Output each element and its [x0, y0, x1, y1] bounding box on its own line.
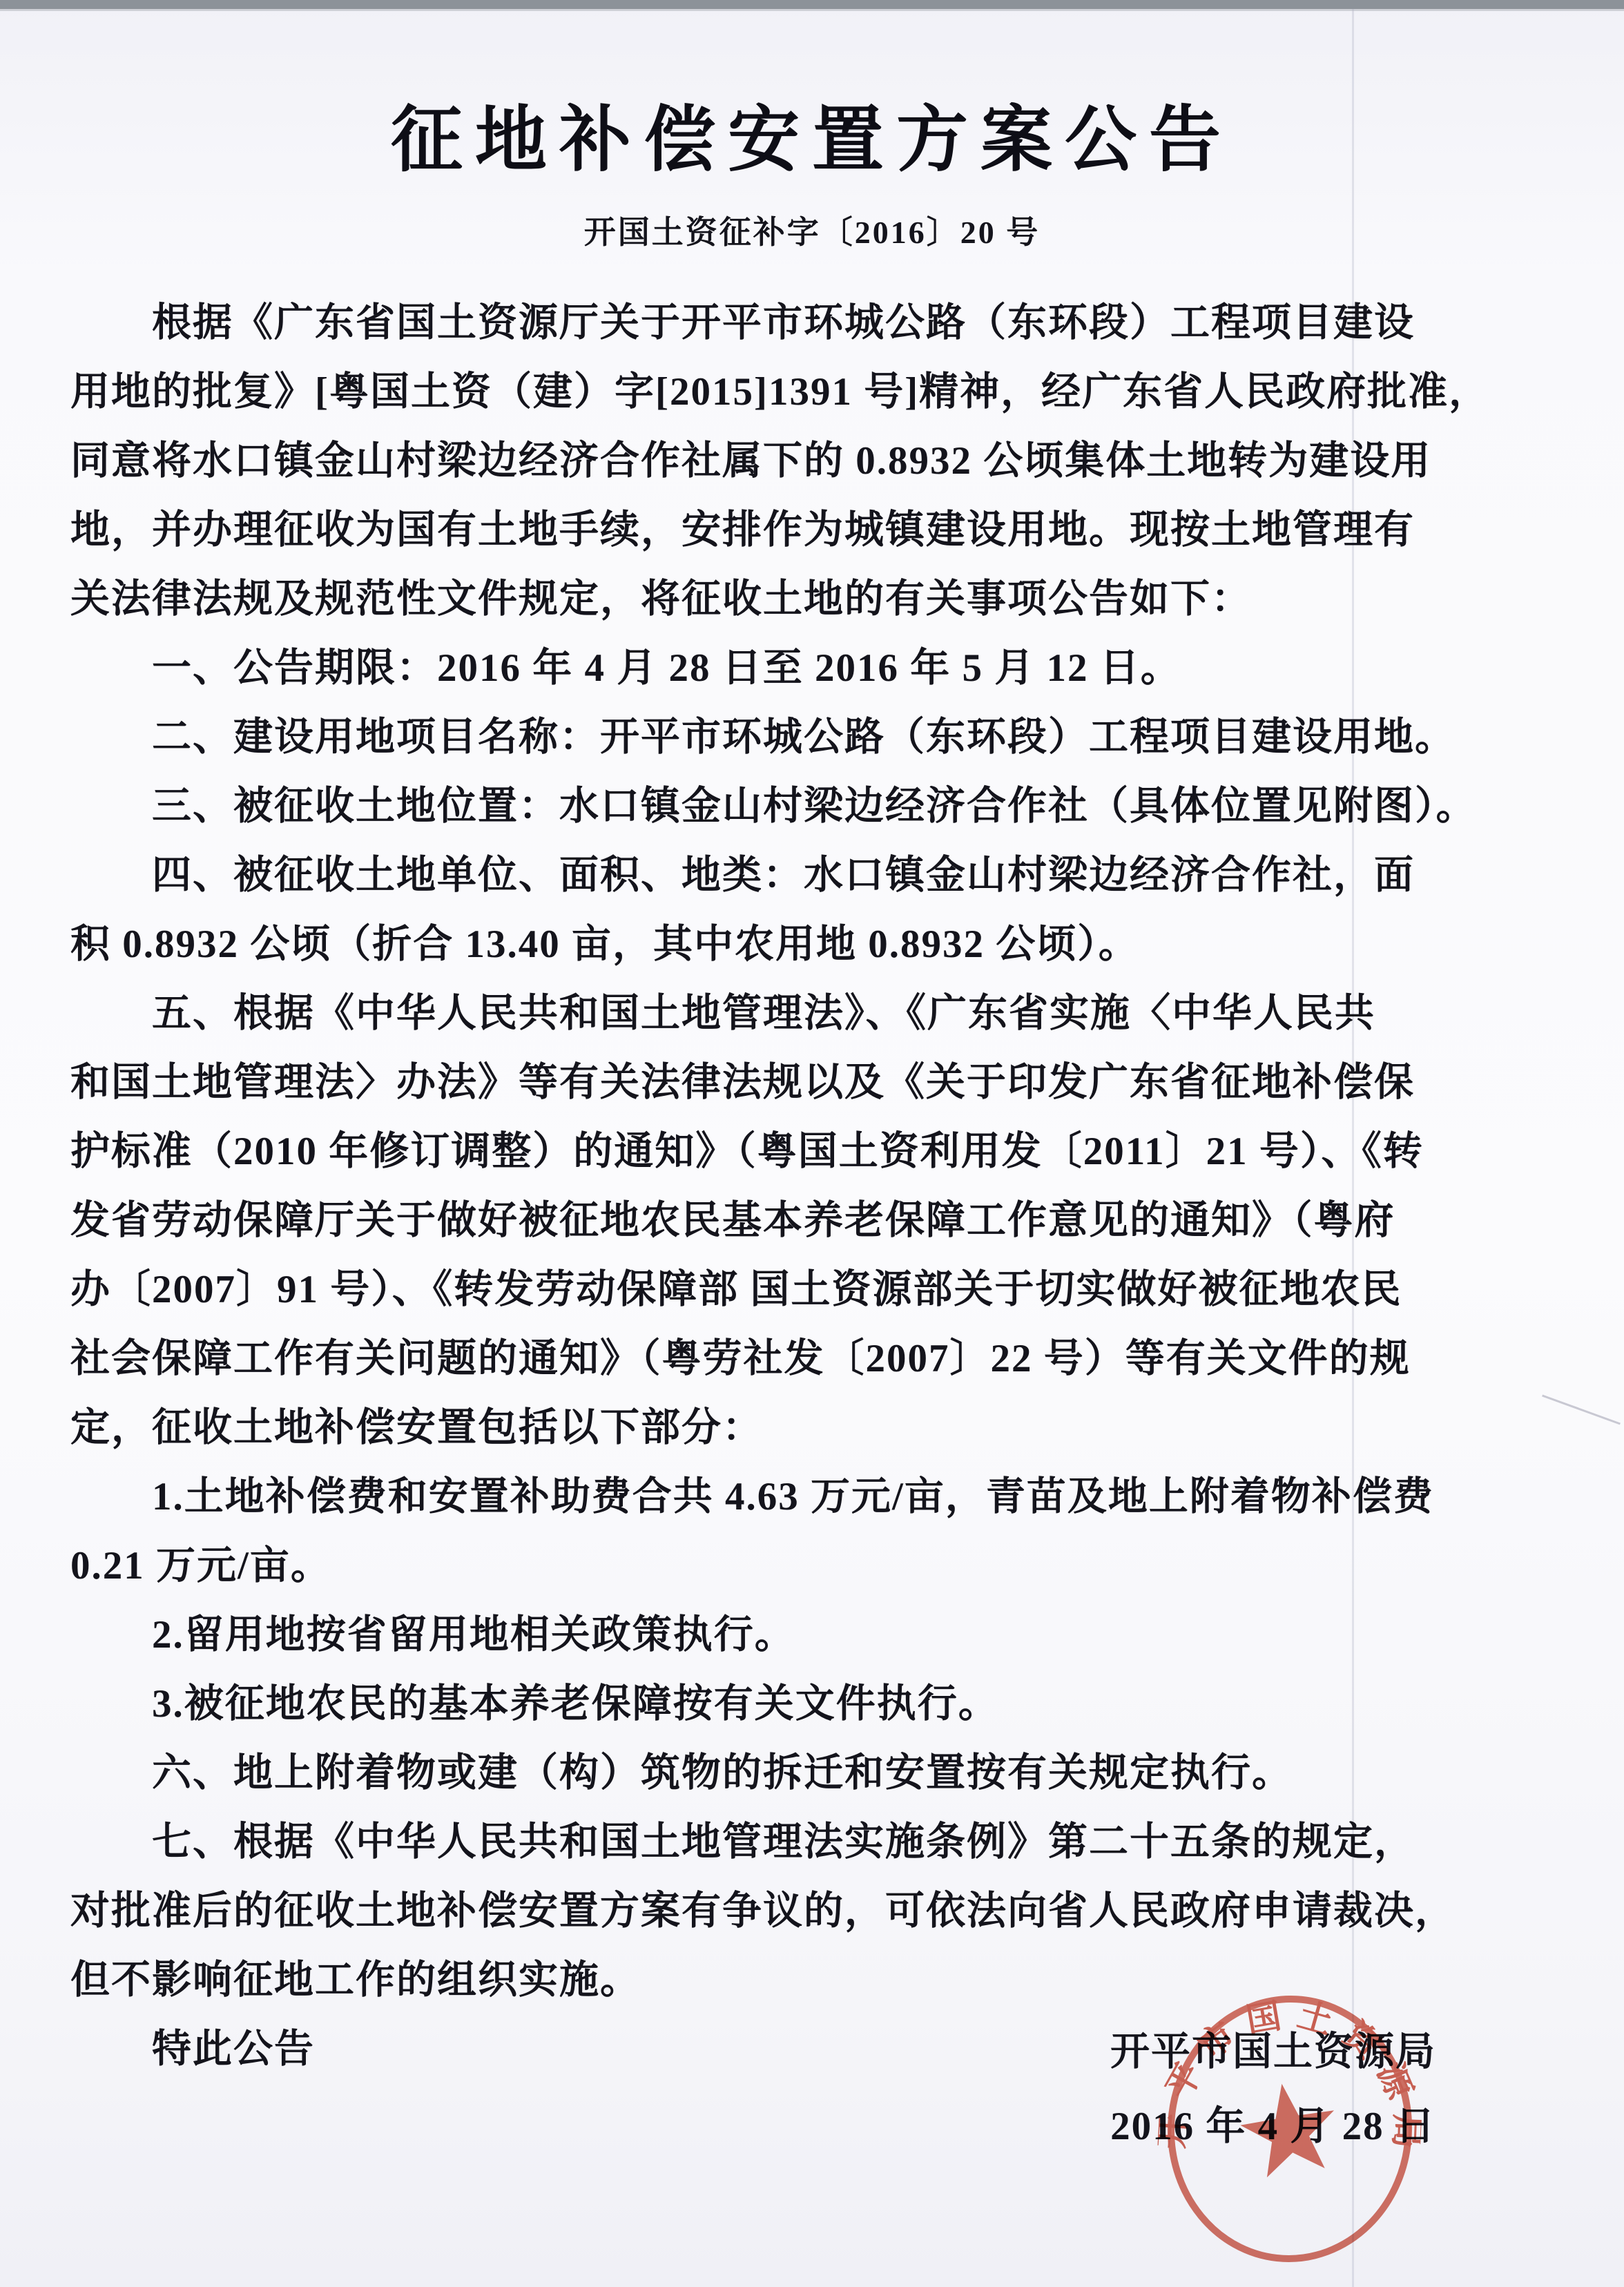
text-line: 定，征收土地补偿安置包括以下部分： — [70, 1393, 1562, 1463]
signature-block: 开平市国土资源局 2016 年 4 月 28 日 — [1110, 2016, 1436, 2163]
scanner-edge-shadow — [0, 9, 1624, 11]
text-line: 对批准后的征收土地补偿安置方案有争议的，可依法向省人民政府申请裁决， — [70, 1877, 1562, 1946]
text-line: 护标准（2010 年修订调整）的通知》（粤国土资利用发〔2011〕21 号）、《… — [70, 1117, 1562, 1186]
document-body: 根据《广东省国土资源厅关于开平市环城公路（东环段）工程项目建设用地的批复》[粤国… — [70, 289, 1562, 2084]
text-line: 地，并办理征收为国有土地手续，安排作为城镇建设用地。现按土地管理有 — [70, 496, 1562, 565]
page-title: 征地补偿安置方案公告 — [0, 81, 1624, 185]
signature-date: 2016 年 4 月 28 日 — [1110, 2091, 1436, 2163]
text-line: 2.留用地按省留用地相关政策执行。 — [70, 1601, 1562, 1670]
text-line: 3.被征地农民的基本养老保障按有关文件执行。 — [70, 1670, 1562, 1739]
scanner-edge-strip — [0, 0, 1624, 9]
text-line: 办〔2007〕91 号）、《转发劳动保障部 国土资源部关于切实做好被征地农民 — [70, 1255, 1562, 1324]
text-line: 三、被征收土地位置：水口镇金山村梁边经济合作社（具体位置见附图）。 — [70, 772, 1562, 841]
text-line: 关法律法规及规范性文件规定，将征收土地的有关事项公告如下： — [70, 565, 1562, 634]
text-line: 四、被征收土地单位、面积、地类：水口镇金山村梁边经济合作社，面 — [70, 841, 1562, 910]
text-line: 同意将水口镇金山村梁边经济合作社属下的 0.8932 公顷集体土地转为建设用 — [70, 427, 1562, 496]
text-line: 五、根据《中华人民共和国土地管理法》、《广东省实施〈中华人民共 — [70, 979, 1562, 1048]
text-line: 根据《广东省国土资源厅关于开平市环城公路（东环段）工程项目建设 — [70, 289, 1562, 358]
text-line: 社会保障工作有关问题的通知》（粤劳社发〔2007〕22 号）等有关文件的规 — [70, 1324, 1562, 1393]
text-line: 六、地上附着物或建（构）筑物的拆迁和安置按有关规定执行。 — [70, 1739, 1562, 1808]
text-line: 二、建设用地项目名称：开平市环城公路（东环段）工程项目建设用地。 — [70, 703, 1562, 772]
text-line: 但不影响征地工作的组织实施。 — [70, 1946, 1562, 2015]
text-line: 积 0.8932 公顷（折合 13.40 亩，其中农用地 0.8932 公顷）。 — [70, 910, 1562, 979]
scanned-document-page: 征地补偿安置方案公告 开国土资征补字〔2016〕20 号 根据《广东省国土资源厅… — [0, 0, 1624, 2287]
signature-agency: 开平市国土资源局 — [1110, 2016, 1436, 2088]
text-line: 一、公告期限：2016 年 4 月 28 日至 2016 年 5 月 12 日。 — [70, 634, 1562, 703]
text-line: 0.21 万元/亩。 — [70, 1532, 1562, 1601]
text-line: 1.土地补偿费和安置补助费合共 4.63 万元/亩，青苗及地上附着物补偿费 — [70, 1463, 1562, 1532]
text-line: 七、根据《中华人民共和国土地管理法实施条例》第二十五条的规定， — [70, 1808, 1562, 1877]
text-line: 用地的批复》[粤国土资（建）字[2015]1391 号]精神，经广东省人民政府批… — [70, 358, 1562, 427]
text-line: 发省劳动保障厅关于做好被征地农民基本养老保障工作意见的通知》（粤府 — [70, 1186, 1562, 1255]
text-line: 和国土地管理法〉办法》等有关法律法规以及《关于印发广东省征地补偿保 — [70, 1048, 1562, 1117]
doc-number: 开国土资征补字〔2016〕20 号 — [0, 207, 1624, 253]
